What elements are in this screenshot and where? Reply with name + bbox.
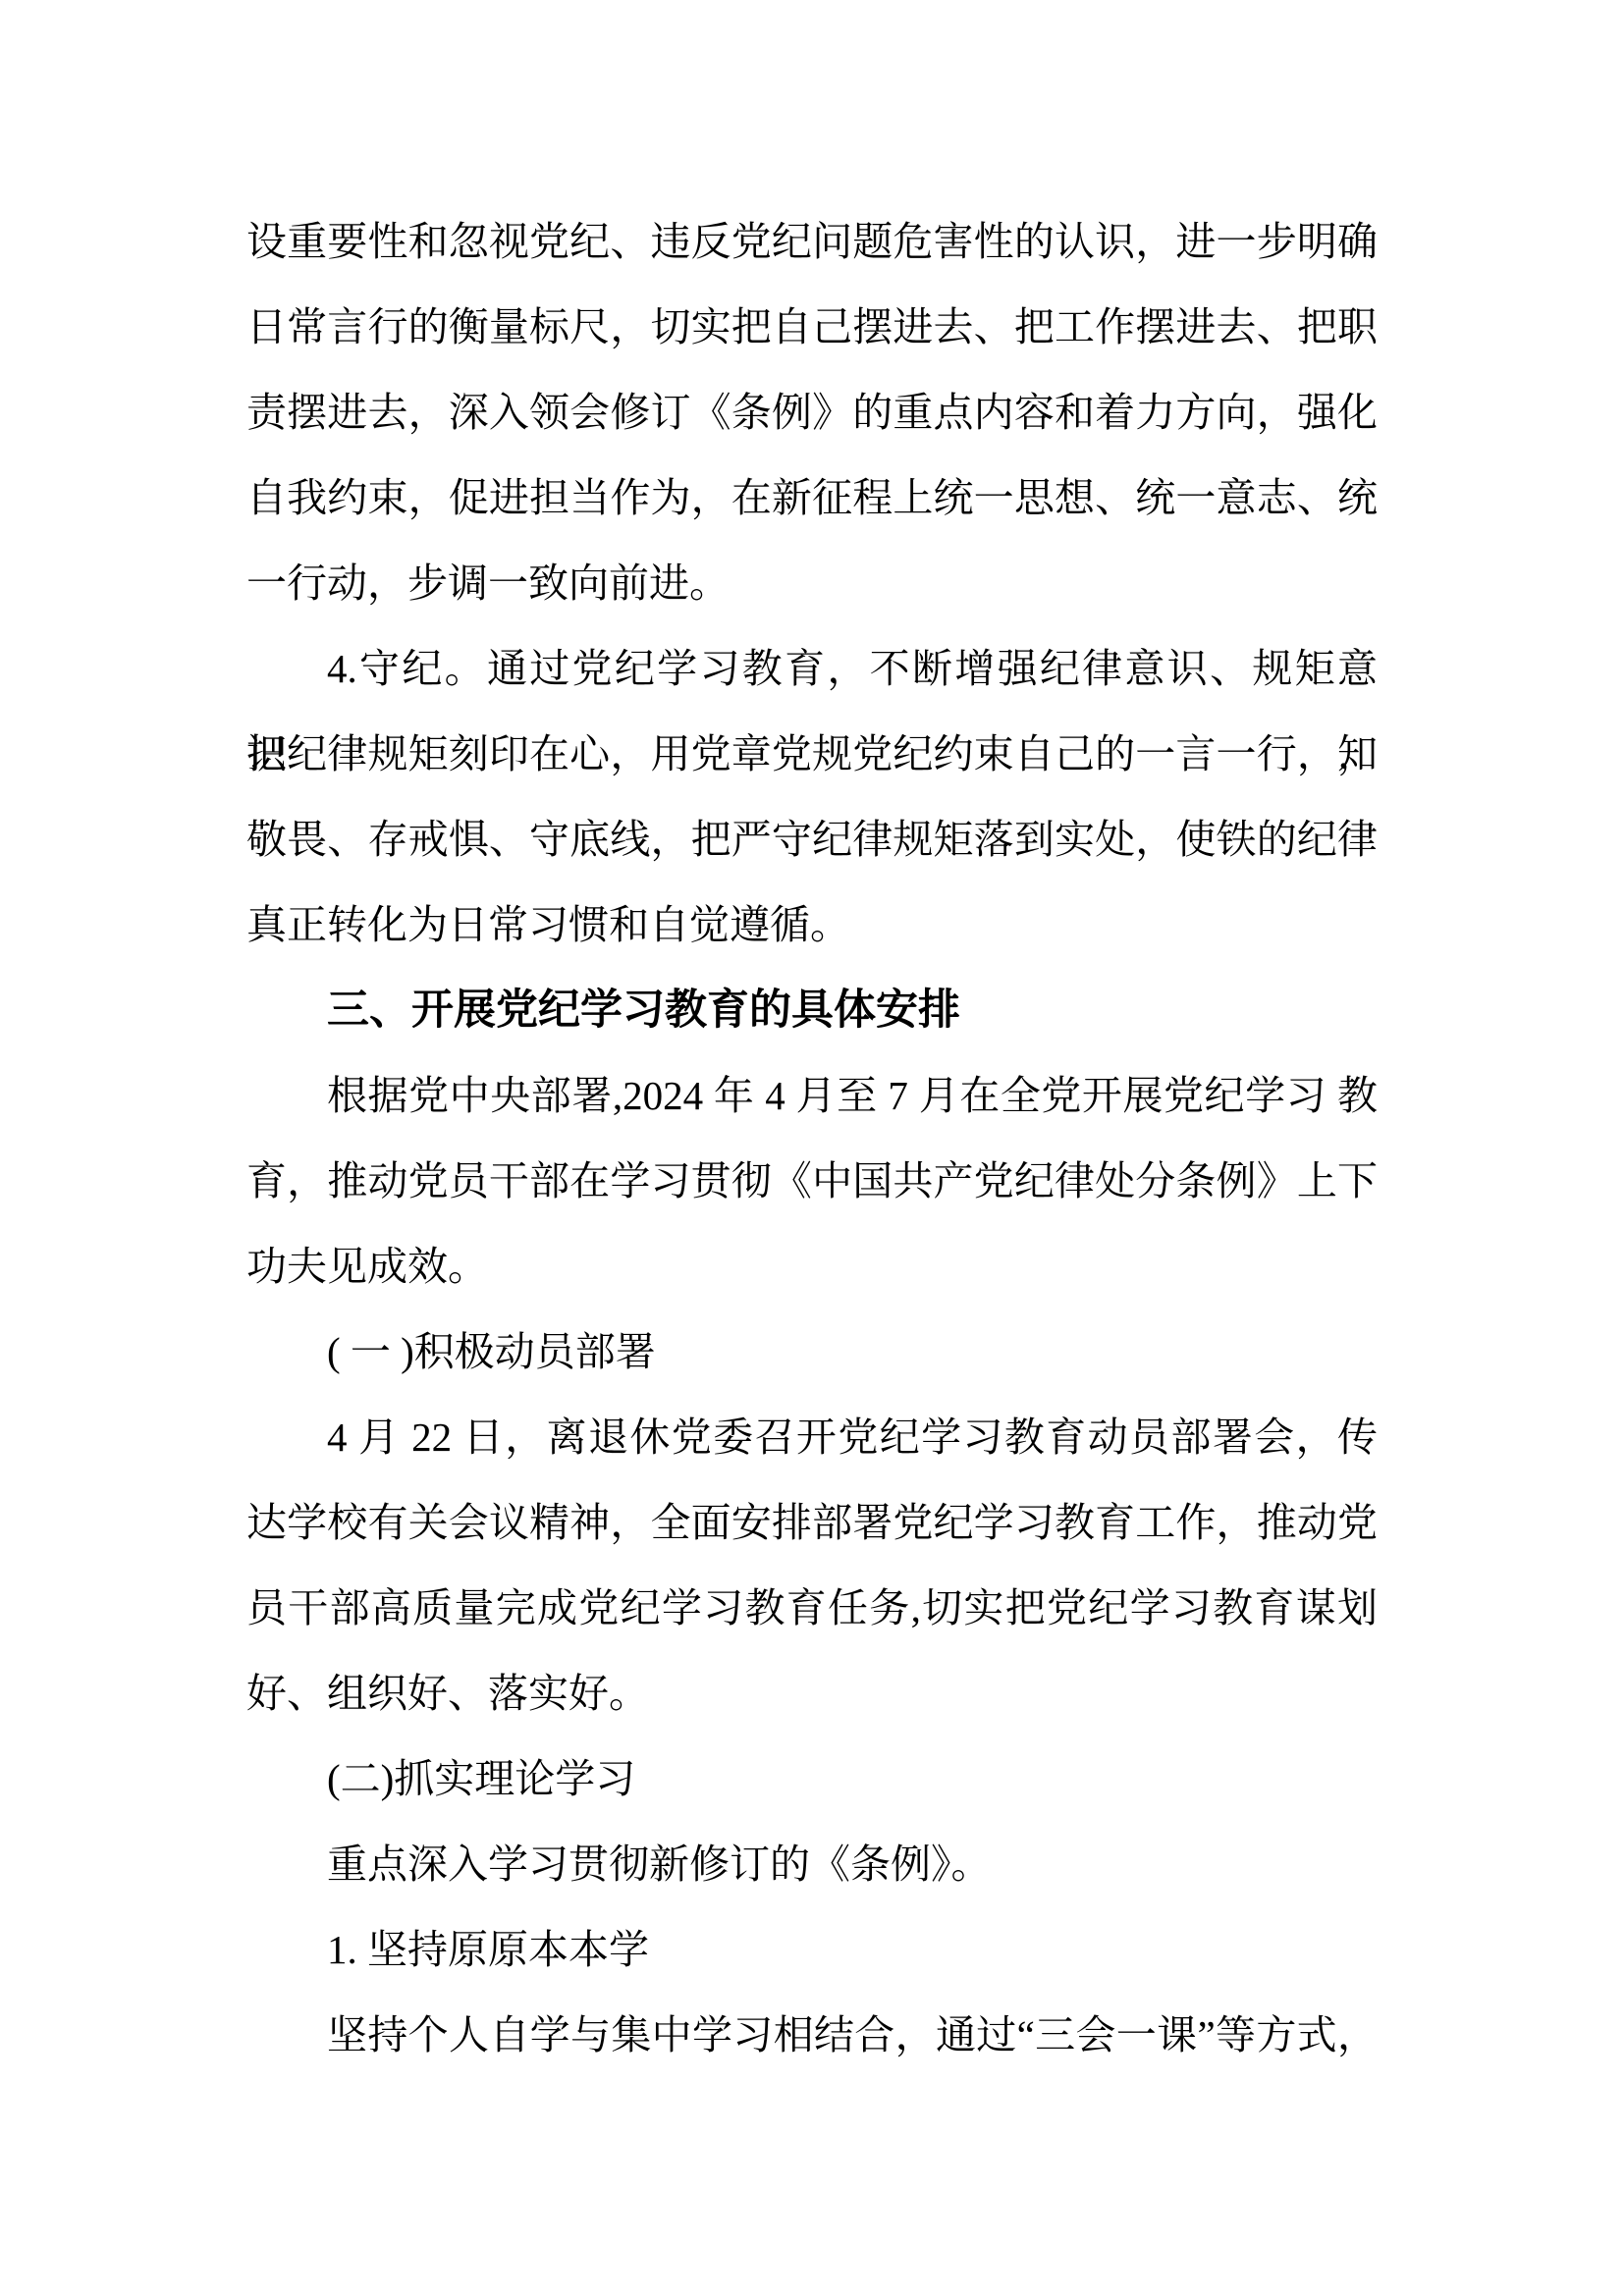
text-line: 责摆进去，深入领会修订《条例》的重点内容和着力方向，强化 <box>246 370 1378 455</box>
text-line: 设重要性和忽视党纪、违反党纪问题危害性的认识，进一步明确 <box>246 199 1378 285</box>
text-line: 日常言行的衡量标尺，切实把自己摆进去、把工作摆进去、把职 <box>246 285 1378 370</box>
text-line: 把纪律规矩刻印在心，用党章党规党纪约束自己的一言一行，知 <box>246 712 1378 797</box>
text-line: 真正转化为日常习惯和自觉遵循。 <box>246 882 1378 968</box>
document-body: 设重要性和忽视党纪、违反党纪问题危害性的认识，进一步明确日常言行的衡量标尺，切实… <box>246 199 1378 2078</box>
text-line: 育，推动党员干部在学习贯彻《中国共产党纪律处分条例》上下 <box>246 1139 1378 1224</box>
document-page: 设重要性和忽视党纪、违反党纪问题危害性的认识，进一步明确日常言行的衡量标尺，切实… <box>0 0 1624 2296</box>
text-line: 根据党中央部署,2024 年 4 月至 7 月在全党开展党纪学习 教 <box>246 1053 1378 1139</box>
text-line: 4.守纪。通过党纪学习教育，不断增强纪律意识、规矩意识， <box>246 626 1378 712</box>
text-line: ( 一 )积极动员部署 <box>246 1309 1378 1395</box>
text-line: 一行动，步调一致向前进。 <box>246 541 1378 626</box>
text-line: 坚持个人自学与集中学习相结合，通过“三会一课”等方式， <box>246 1993 1378 2078</box>
text-line: 达学校有关会议精神，全面安排部署党纪学习教育工作，推动党 <box>246 1480 1378 1566</box>
text-line: 好、组织好、落实好。 <box>246 1651 1378 1736</box>
text-line: 1. 坚持原原本本学 <box>246 1907 1378 1993</box>
text-line: 重点深入学习贯彻新修订的《条例》。 <box>246 1822 1378 1907</box>
text-line: 自我约束，促进担当作为，在新征程上统一思想、统一意志、统 <box>246 455 1378 541</box>
section-heading: 三、开展党纪学习教育的具体安排 <box>246 968 1378 1053</box>
text-line: 员干部高质量完成党纪学习教育任务,切实把党纪学习教育谋划 <box>246 1566 1378 1651</box>
text-line: 敬畏、存戒惧、守底线，把严守纪律规矩落到实处，使铁的纪律 <box>246 797 1378 882</box>
text-line: 功夫见成效。 <box>246 1224 1378 1309</box>
text-line: 4 月 22 日，离退休党委召开党纪学习教育动员部署会，传 <box>246 1395 1378 1480</box>
text-line: (二)抓实理论学习 <box>246 1736 1378 1822</box>
